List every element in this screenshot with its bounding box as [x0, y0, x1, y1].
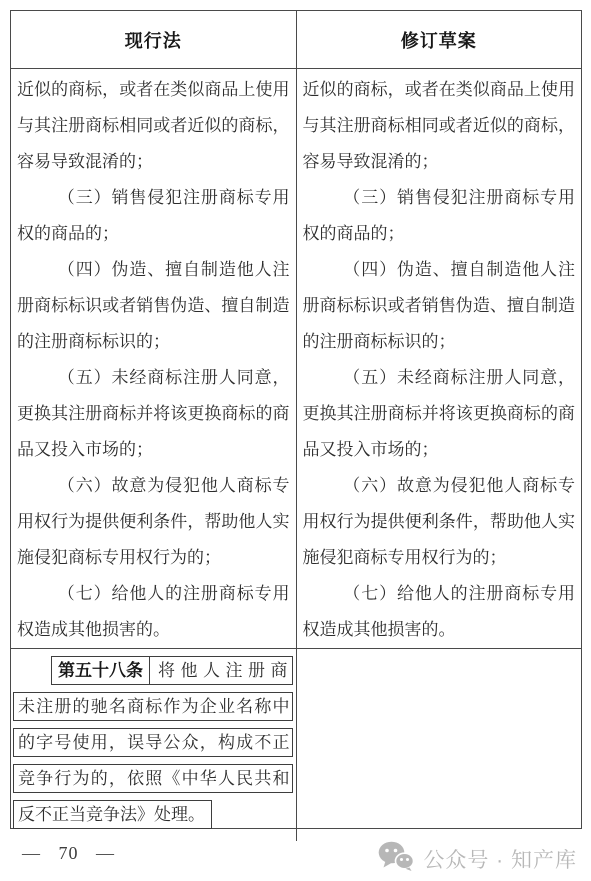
law-comparison-table: 现行法 修订草案 近似的商标，或者在类似商品上使用与其注册商标相同或者近似的商标… — [10, 10, 582, 829]
table-row-article57: 近似的商标，或者在类似商品上使用与其注册商标相同或者近似的商标，容易导致混淆的；… — [11, 69, 581, 649]
wechat-icon — [378, 841, 414, 877]
paragraph-item3: （三）销售侵犯注册商标专用权的商品的； — [303, 180, 576, 252]
page-number: — 70 — — [22, 843, 115, 864]
table-header-row: 现行法 修订草案 — [11, 11, 581, 69]
cell-draft-article58-empty — [297, 649, 582, 841]
header-current-law: 现行法 — [11, 11, 297, 68]
deleted-text: 将他人注册商标、 — [149, 656, 293, 685]
paragraph-item4: （四）伪造、擅自制造他人注册商标标识或者销售伪造、擅自制造的注册商标标识的； — [303, 252, 576, 360]
table-row-article58: 第五十八条 将他人注册商标、 未注册的驰名商标作为企业名称中 的字号使用，误导公… — [11, 649, 581, 841]
brand-footer: 公众号 · 知产库 — [378, 841, 577, 877]
cell-current-law-article58: 第五十八条 将他人注册商标、 未注册的驰名商标作为企业名称中 的字号使用，误导公… — [11, 649, 297, 841]
deleted-text-line: 未注册的驰名商标作为企业名称中 — [13, 692, 293, 721]
cell-current-law-article57: 近似的商标，或者在类似商品上使用与其注册商标相同或者近似的商标，容易导致混淆的；… — [11, 69, 297, 648]
paragraph-item6: （六）故意为侵犯他人商标专用权行为提供便利条件，帮助他人实施侵犯商标专用权行为的… — [17, 468, 290, 576]
deleted-text-line: 的字号使用，误导公众，构成不正当 — [13, 728, 293, 757]
paragraph-continuation: 近似的商标，或者在类似商品上使用与其注册商标相同或者近似的商标，容易导致混淆的； — [17, 72, 290, 180]
cell-draft-article57: 近似的商标，或者在类似商品上使用与其注册商标相同或者近似的商标，容易导致混淆的；… — [297, 69, 582, 648]
article-number: 第五十八条 — [51, 656, 150, 685]
paragraph-item4: （四）伪造、擅自制造他人注册商标标识或者销售伪造、擅自制造的注册商标标识的； — [17, 252, 290, 360]
deleted-text-line: 反不正当竞争法》处理。 — [13, 800, 212, 829]
deleted-text-line: 竞争行为的，依照《中华人民共和国 — [13, 764, 293, 793]
paragraph-item7: （七）给他人的注册商标专用权造成其他损害的。 — [303, 576, 576, 648]
paragraph-item6: （六）故意为侵犯他人商标专用权行为提供便利条件，帮助他人实施侵犯商标专用权行为的… — [303, 468, 576, 576]
paragraph-item5: （五）未经商标注册人同意，更换其注册商标并将该更换商标的商品又投入市场的； — [303, 360, 576, 468]
paragraph-item7: （七）给他人的注册商标专用权造成其他损害的。 — [17, 576, 290, 648]
paragraph-item3: （三）销售侵犯注册商标专用权的商品的； — [17, 180, 290, 252]
deleted-text-line: 第五十八条 将他人注册商标、 — [51, 656, 293, 685]
paragraph-continuation: 近似的商标，或者在类似商品上使用与其注册商标相同或者近似的商标，容易导致混淆的； — [303, 72, 576, 180]
header-revision-draft: 修订草案 — [297, 11, 582, 68]
paragraph-item5: （五）未经商标注册人同意，更换其注册商标并将该更换商标的商品又投入市场的； — [17, 360, 290, 468]
brand-label: 公众号 · 知产库 — [423, 844, 577, 874]
